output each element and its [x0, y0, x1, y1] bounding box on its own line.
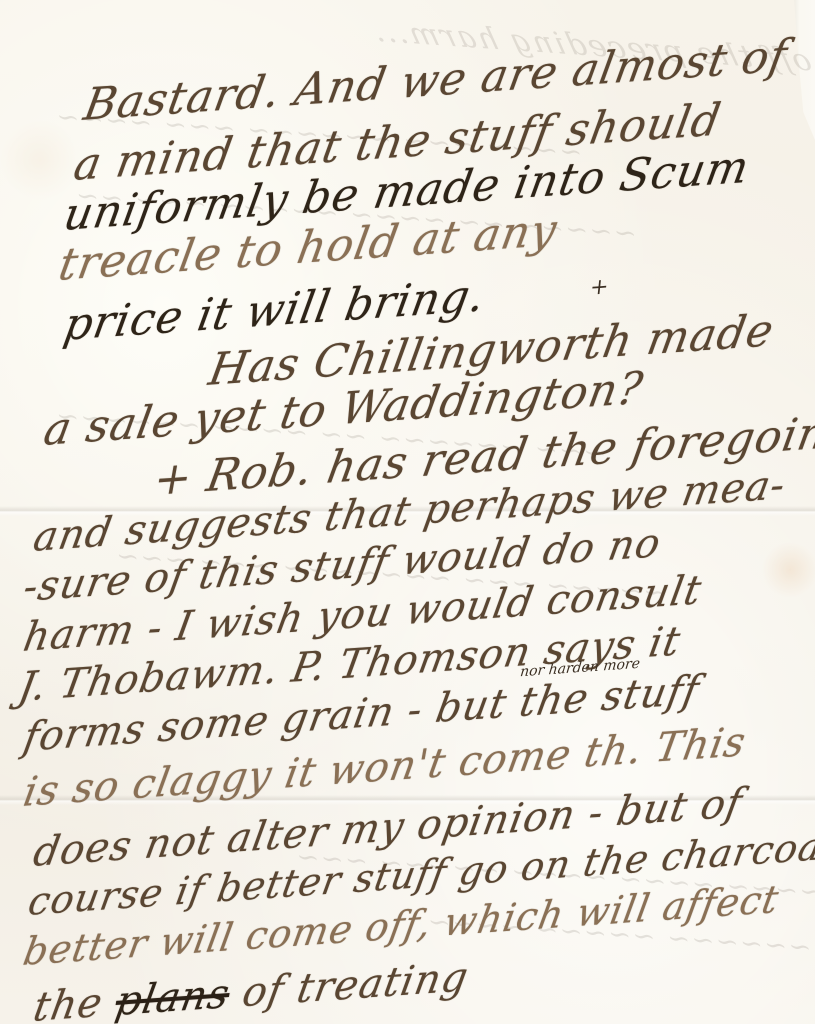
letter-page: yorked letter, how off the preceding har… [0, 0, 815, 1024]
annotation-plus: + [589, 274, 610, 301]
word-the: the [30, 979, 120, 1024]
folded-paper-corner [789, 0, 815, 140]
words-of-treating: of treating [225, 954, 472, 1017]
struck-word: plans [112, 971, 234, 1024]
